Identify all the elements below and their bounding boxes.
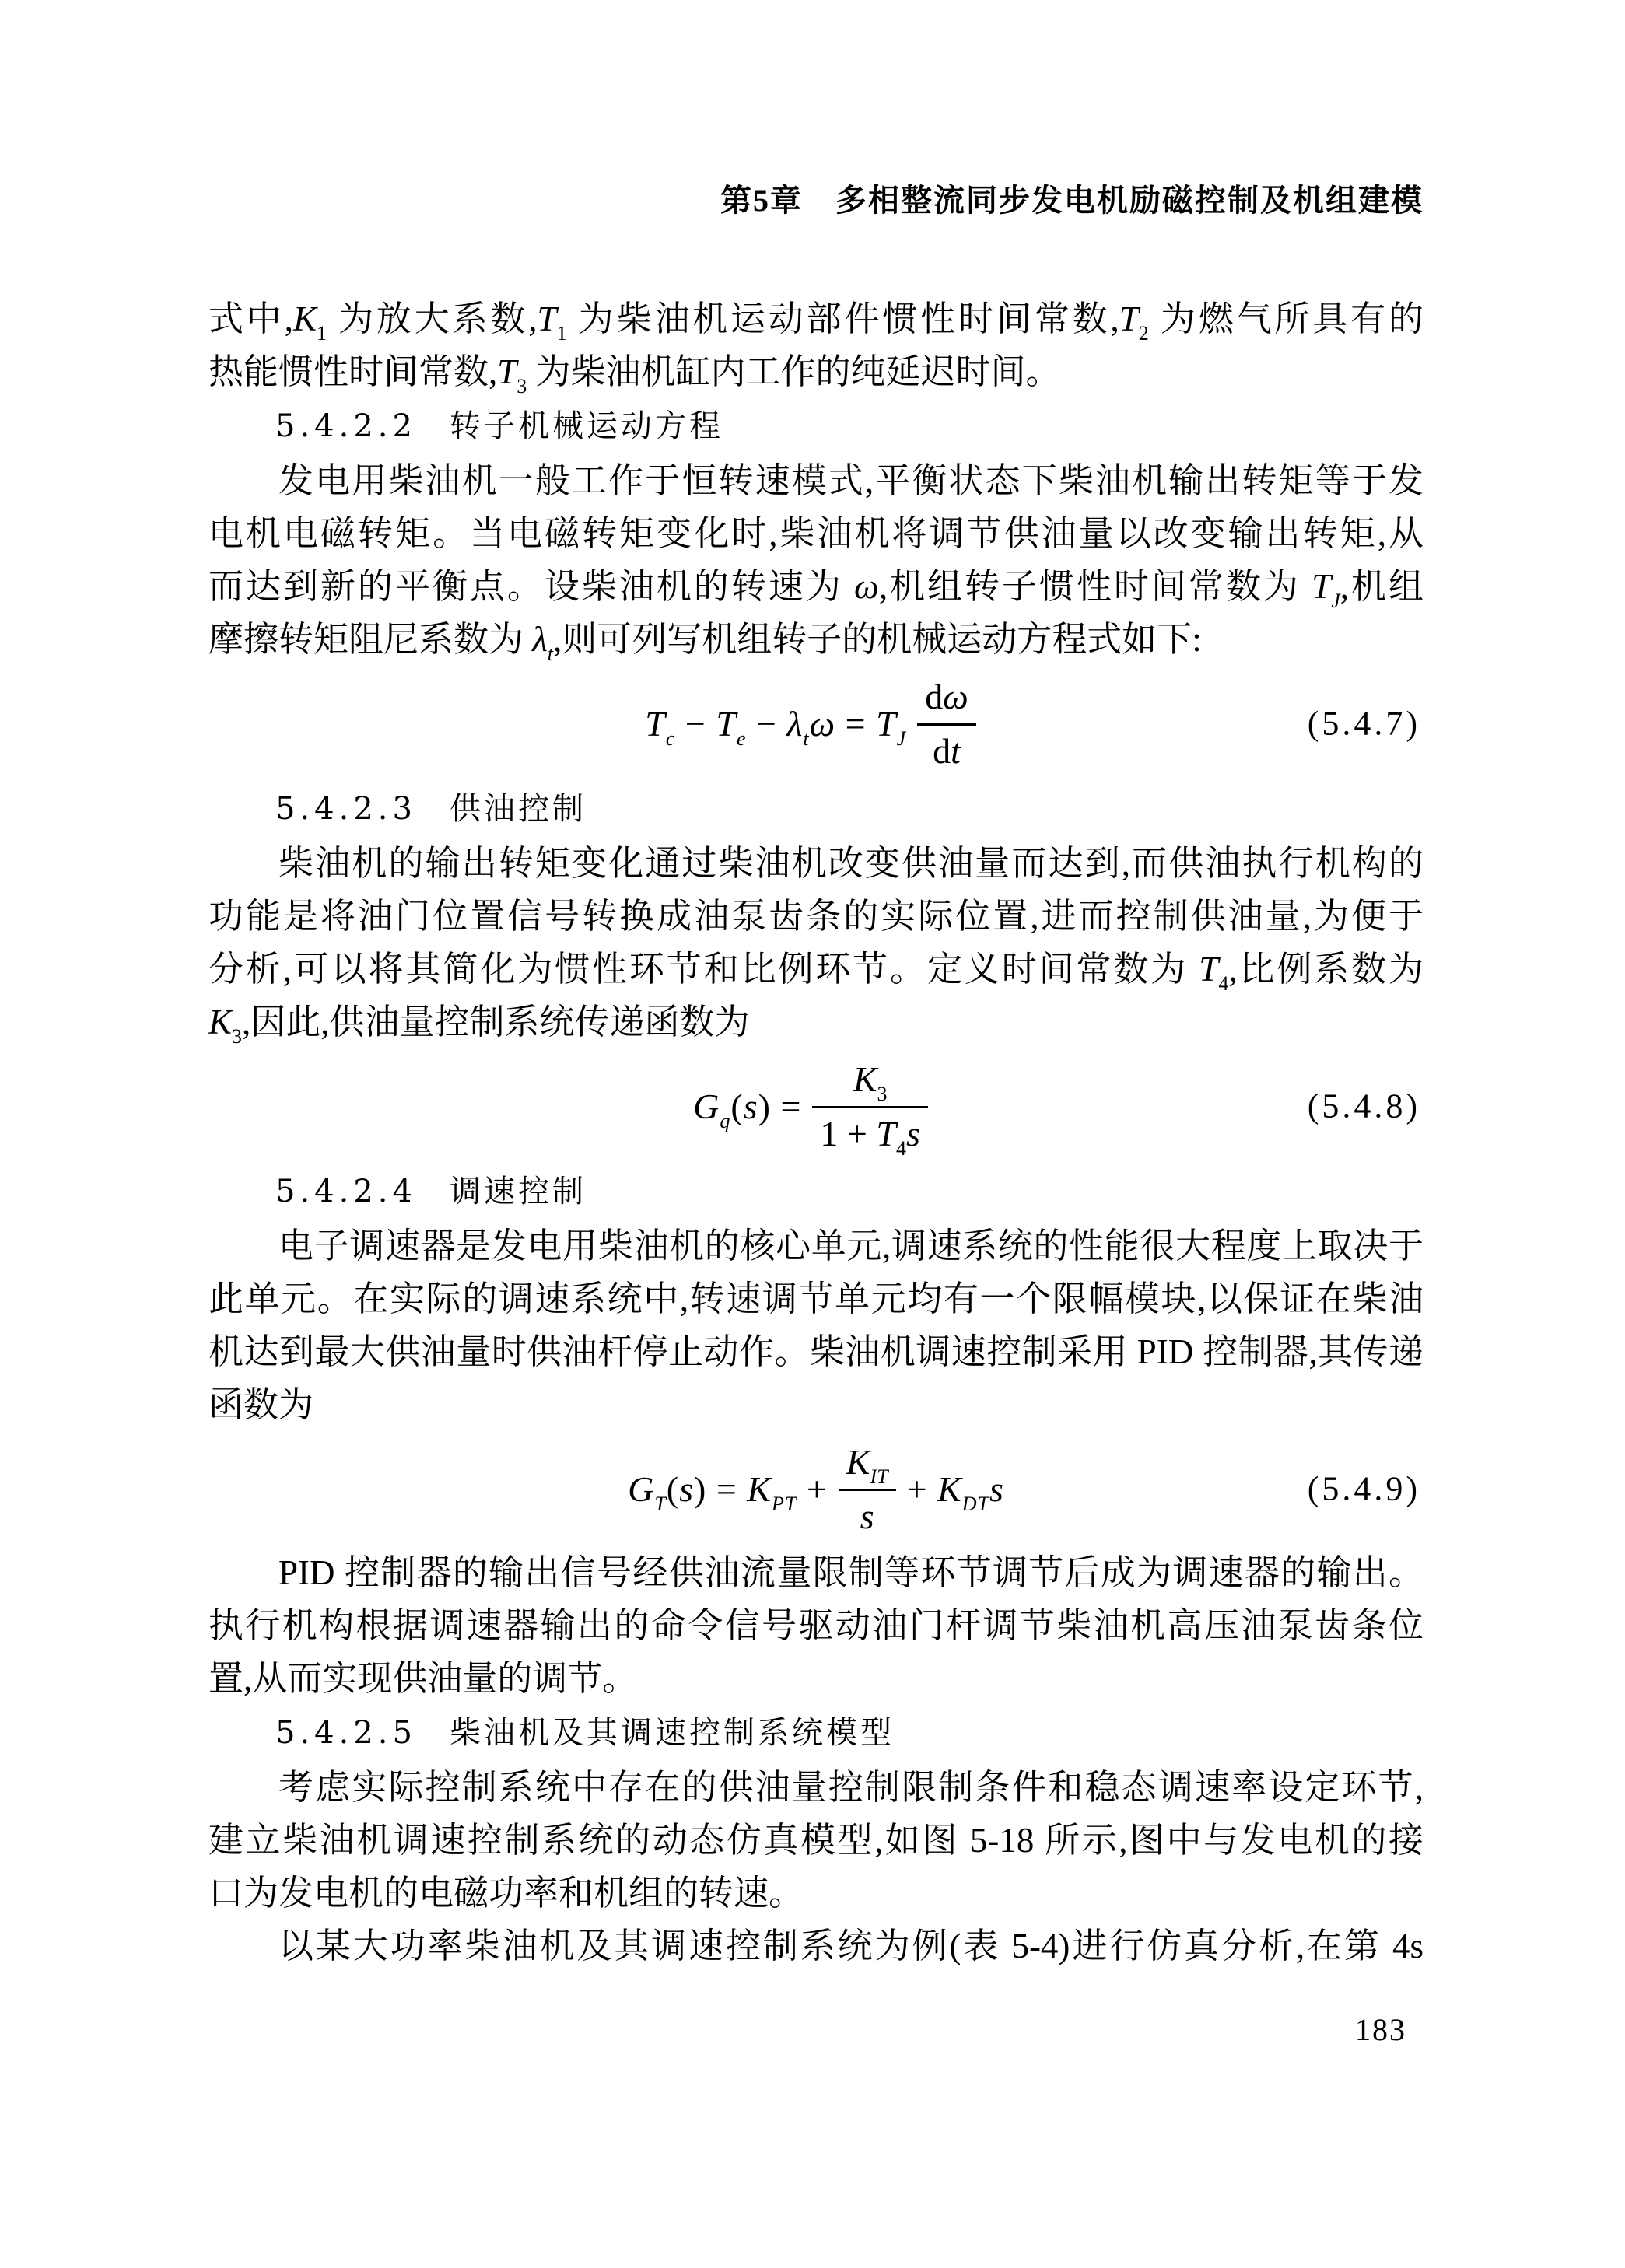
math-lhs: Tc − Te − λtω = TJ bbox=[645, 703, 906, 744]
heading-title: 柴油机及其调速控制系统模型 bbox=[450, 1715, 895, 1750]
math-lhs: GT(s) = KPT + bbox=[628, 1468, 828, 1510]
book-page: 第5章 多相整流同步发电机励磁控制及机组建模 式中,K1 为放大系数,T1 为柴… bbox=[0, 0, 1625, 2268]
text-line: 功能是将油门位置信号转换成油泵齿条的实际位置,进而控制供油量,为便于 bbox=[208, 890, 1424, 943]
paragraph-simulation-model: 考虑实际控制系统中存在的供油量控制限制条件和稳态调速率设定环节,建立柴油机调速控… bbox=[208, 1761, 1424, 1920]
heading-number: 5.4.2.5 bbox=[275, 1715, 417, 1751]
paragraph-simulation-example: 以某大功率柴油机及其调速控制系统为例(表 5-4)进行仿真分析,在第 4s bbox=[208, 1920, 1424, 1972]
heading-number: 5.4.2.4 bbox=[275, 1174, 417, 1209]
fraction-numerator: K3 bbox=[812, 1059, 927, 1108]
text-line: 电子调速器是发电用柴油机的核心单元,调速系统的性能很大程度上取决于 bbox=[208, 1220, 1424, 1272]
fraction-denominator: s bbox=[839, 1491, 896, 1537]
equation-5-4-9: GT(s) = KPT + KIT s + KDTs (5.4.9) bbox=[208, 1431, 1424, 1546]
text-line: K3,因此,供油量控制系统传递函数为 bbox=[208, 996, 1424, 1048]
math-expression: Tc − Te − λtω = TJ dω dt bbox=[645, 676, 986, 772]
paragraph-rotor-motion: 发电用柴油机一般工作于恒转速模式,平衡状态下柴油机输出转矩等于发电机电磁转矩。当… bbox=[208, 454, 1424, 666]
section-heading-5-4-2-5: 5.4.2.5柴油机及其调速控制系统模型 bbox=[275, 1705, 1424, 1761]
fraction-denominator: dt bbox=[917, 726, 975, 772]
text-line: 分析,可以将其简化为惯性环节和比例环节。定义时间常数为 T4,比例系数为 bbox=[208, 943, 1424, 996]
text-line: 发电用柴油机一般工作于恒转速模式,平衡状态下柴油机输出转矩等于发 bbox=[208, 454, 1424, 507]
fraction-numerator: dω bbox=[917, 676, 975, 726]
fraction-denominator: 1 + T4s bbox=[812, 1108, 927, 1154]
paragraph-fuel-control: 柴油机的输出转矩变化通过柴油机改变供油量而达到,而供油执行机构的功能是将油门位置… bbox=[208, 837, 1424, 1048]
equation-5-4-8: Gq(s) = K3 1 + T4s (5.4.8) bbox=[208, 1048, 1424, 1164]
fraction: KIT s bbox=[839, 1441, 896, 1537]
equation-tag: (5.4.7) bbox=[1308, 704, 1420, 744]
text-line: 机达到最大供油量时供油杆停止动作。柴油机调速控制采用 PID 控制器,其传递 bbox=[208, 1325, 1424, 1378]
heading-number: 5.4.2.3 bbox=[275, 791, 417, 827]
heading-title: 供油控制 bbox=[450, 791, 587, 826]
section-heading-5-4-2-3: 5.4.2.3供油控制 bbox=[275, 781, 1424, 837]
running-header: 第5章 多相整流同步发电机励磁控制及机组建模 bbox=[208, 184, 1424, 218]
heading-title: 调速控制 bbox=[450, 1174, 587, 1209]
text-line: 此单元。在实际的调速系统中,转速调节单元均有一个限幅模块,以保证在柴油 bbox=[208, 1272, 1424, 1325]
text-line: 口为发电机的电磁功率和机组的转速。 bbox=[208, 1867, 1424, 1920]
text-line: PID 控制器的输出信号经供油流量限制等环节调节后成为调速器的输出。 bbox=[208, 1546, 1424, 1599]
page-number: 183 bbox=[1355, 2011, 1406, 2048]
fraction: K3 1 + T4s bbox=[812, 1059, 927, 1154]
text-line: 置,从而实现供油量的调节。 bbox=[208, 1652, 1424, 1705]
page-body: 式中,K1 为放大系数,T1 为柴油机运动部件惯性时间常数,T2 为燃气所具有的… bbox=[208, 292, 1424, 1972]
text-line: 热能惯性时间常数,T3 为柴油机缸内工作的纯延迟时间。 bbox=[208, 345, 1424, 398]
paragraph-symbol-definitions: 式中,K1 为放大系数,T1 为柴油机运动部件惯性时间常数,T2 为燃气所具有的… bbox=[208, 292, 1424, 398]
text-line: 执行机构根据调速器输出的命令信号驱动油门杆调节柴油机高压油泵齿条位 bbox=[208, 1599, 1424, 1652]
text-line: 摩擦转矩阻尼系数为 λt,则可列写机组转子的机械运动方程式如下: bbox=[208, 613, 1424, 666]
fraction: dω dt bbox=[917, 676, 975, 772]
text-line: 以某大功率柴油机及其调速控制系统为例(表 5-4)进行仿真分析,在第 4s bbox=[208, 1920, 1424, 1972]
math-rhs: + KDTs bbox=[907, 1468, 1004, 1510]
text-line: 建立柴油机调速控制系统的动态仿真模型,如图 5-18 所示,图中与发电机的接 bbox=[208, 1814, 1424, 1867]
text-line: 函数为 bbox=[208, 1378, 1424, 1431]
paragraph-pid-output: PID 控制器的输出信号经供油流量限制等环节调节后成为调速器的输出。执行机构根据… bbox=[208, 1546, 1424, 1705]
text-line: 考虑实际控制系统中存在的供油量控制限制条件和稳态调速率设定环节, bbox=[208, 1761, 1424, 1814]
text-line: 而达到新的平衡点。设柴油机的转速为 ω,机组转子惯性时间常数为 TJ,机组 bbox=[208, 560, 1424, 613]
heading-number: 5.4.2.2 bbox=[275, 408, 417, 444]
math-expression: Gq(s) = K3 1 + T4s bbox=[693, 1059, 939, 1154]
equation-tag: (5.4.9) bbox=[1308, 1469, 1420, 1509]
equation-tag: (5.4.8) bbox=[1308, 1087, 1420, 1126]
math-lhs: Gq(s) = bbox=[693, 1086, 801, 1127]
heading-title: 转子机械运动方程 bbox=[450, 408, 723, 443]
fraction-numerator: KIT bbox=[839, 1441, 896, 1491]
section-heading-5-4-2-4: 5.4.2.4调速控制 bbox=[275, 1164, 1424, 1220]
math-expression: GT(s) = KPT + KIT s + KDTs bbox=[628, 1441, 1004, 1537]
text-line: 柴油机的输出转矩变化通过柴油机改变供油量而达到,而供油执行机构的 bbox=[208, 837, 1424, 890]
text-line: 式中,K1 为放大系数,T1 为柴油机运动部件惯性时间常数,T2 为燃气所具有的 bbox=[208, 292, 1424, 345]
paragraph-speed-governor: 电子调速器是发电用柴油机的核心单元,调速系统的性能很大程度上取决于此单元。在实际… bbox=[208, 1220, 1424, 1431]
equation-5-4-7: Tc − Te − λtω = TJ dω dt (5.4.7) bbox=[208, 666, 1424, 781]
text-line: 电机电磁转矩。当电磁转矩变化时,柴油机将调节供油量以改变输出转矩,从 bbox=[208, 507, 1424, 560]
section-heading-5-4-2-2: 5.4.2.2转子机械运动方程 bbox=[275, 398, 1424, 454]
